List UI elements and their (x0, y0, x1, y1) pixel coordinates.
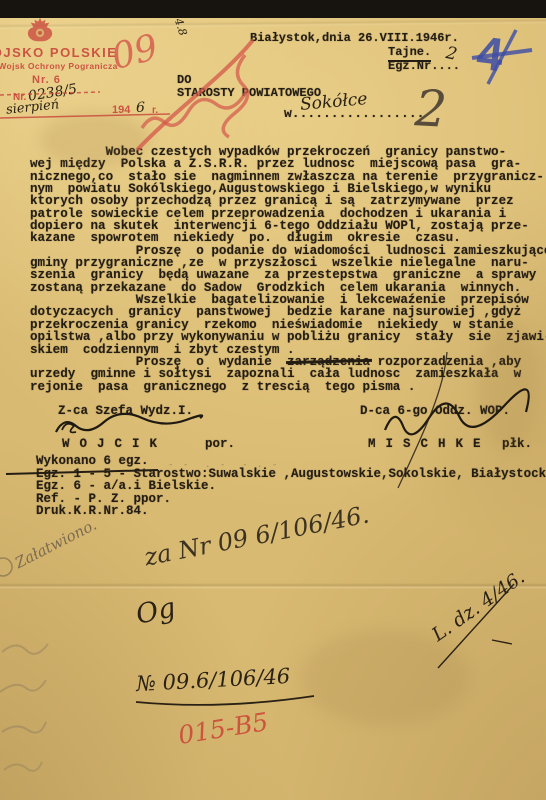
paper-stain (478, 320, 538, 450)
scanned-letter-page: WOJSKO POLSKIE Oddział Wojsk Ochrony Pog… (0, 0, 546, 800)
red-code: 015-B5 (176, 707, 270, 750)
resolved-note: Załatwiono. (12, 516, 100, 572)
red-number-scrawl: 09 (108, 27, 162, 78)
stamp-year-suffix: r. (152, 105, 158, 116)
faint-pencil-scribble (4, 762, 42, 771)
paper-stain (300, 630, 470, 725)
eagle-emblem-icon (26, 17, 54, 50)
dateline: Białystok,dnia 26.VIII.1946r. (250, 31, 459, 45)
right-signer-name: MISCHKE (368, 437, 491, 451)
stamp-org-subline: Oddział Wojsk Ochrony Pogranicza (0, 61, 118, 71)
torn-paper-edge (0, 0, 546, 18)
initials-flourish: Og (133, 592, 178, 631)
letter-body: Wobec czestych wypadków przekroczeń gran… (30, 146, 546, 393)
left-signer-rank: por. (205, 437, 235, 451)
faint-pencil-mark (0, 558, 12, 576)
stamp-year-handwritten: 6 (136, 100, 145, 116)
ldz-note: L. dz. 4/46. (428, 566, 529, 646)
left-signer-title: Z-ca Szefa Wydz.I. (58, 404, 193, 418)
case-number-underline (136, 696, 314, 705)
fold-crease (0, 583, 546, 589)
distribution-list: Wykonano 6 egz. Egz. 1 - 5 - Starostwo:S… (36, 455, 546, 518)
faint-pencil-scribble (0, 680, 46, 692)
left-signature-loop (62, 424, 76, 433)
case-number-bottom: № 09.6/106/46 (135, 664, 290, 696)
ldz-arrow-head (492, 640, 512, 644)
left-signer-name: WOJCIK (62, 437, 167, 451)
faint-pencil-scribble (2, 722, 46, 733)
crossed-blue-number: 4 (474, 25, 507, 83)
stamp-org-name: WOJSKO POLSKIE (0, 45, 117, 60)
faint-pencil-scribble (2, 644, 48, 654)
recipient-to-label: DO (177, 73, 191, 87)
paper-stain (40, 112, 150, 167)
